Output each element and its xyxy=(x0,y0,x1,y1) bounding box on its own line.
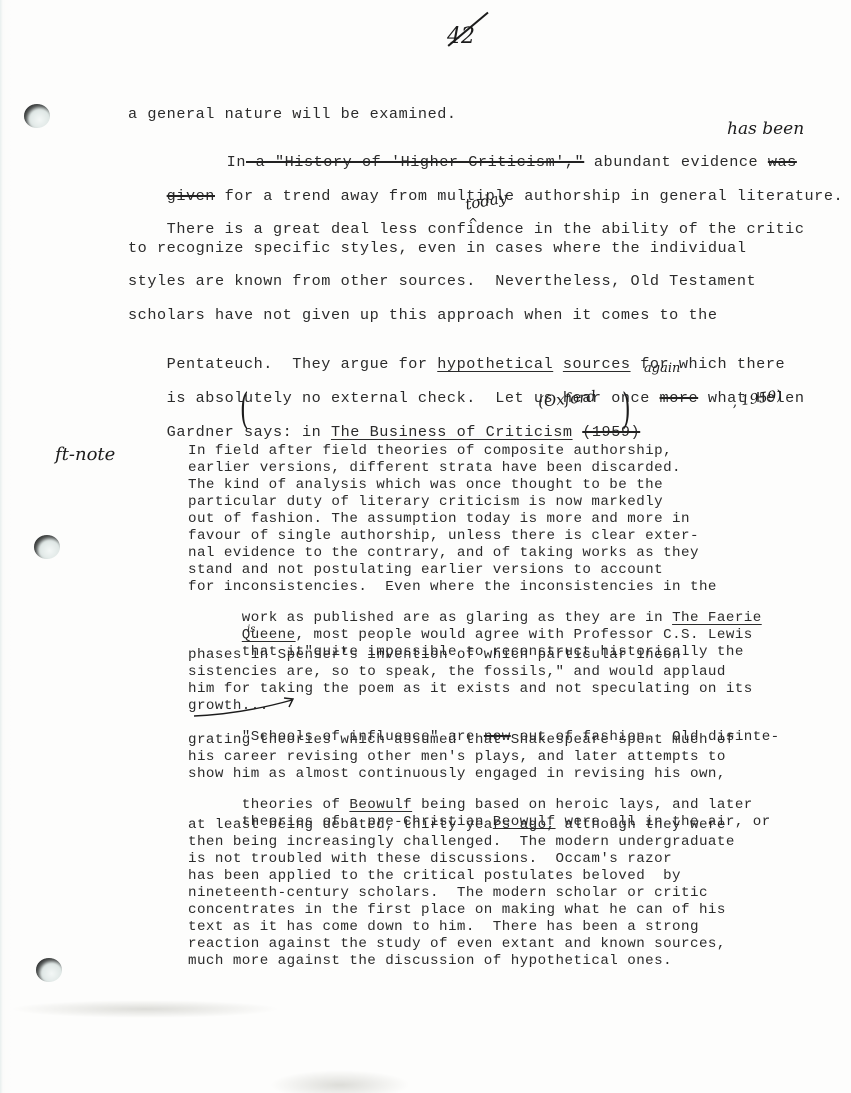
handwritten-close-paren: ) xyxy=(622,387,631,435)
quote-line: text as it has come down to him. There h… xyxy=(188,920,699,934)
body-line-1: a general nature will be examined. xyxy=(128,107,457,122)
quote-line: his career revising other men's plays, a… xyxy=(188,750,726,764)
text: There is a great deal less confidence xyxy=(167,220,534,238)
quote-line: earlier versions, different strata have … xyxy=(188,461,681,475)
quote-line: has been applied to the critical postula… xyxy=(188,869,681,883)
underlined-text: sources xyxy=(563,355,631,373)
quote-line: In field after field theories of composi… xyxy=(188,444,672,458)
quote-line: grating theories which assumed that Shak… xyxy=(188,733,735,747)
typed-manuscript-page: 42 a general nature will be examined. In… xyxy=(0,0,851,1093)
book-title: The Business of Criticism xyxy=(331,423,573,441)
page-number-handwritten: 42 xyxy=(447,24,475,49)
quote-line: concentrates in the first place on makin… xyxy=(188,903,726,917)
handwritten-insert-has-been: has been xyxy=(727,119,804,139)
struck-text: more xyxy=(660,389,699,407)
quote-line: nal evidence to the contrary, and of tak… xyxy=(188,546,699,560)
handwritten-insert-is: is xyxy=(247,624,255,635)
quote-line: phases in Spenser's invention of which p… xyxy=(188,648,690,662)
handwritten-open-paren: ( xyxy=(240,387,249,435)
text: In xyxy=(227,153,246,171)
text xyxy=(573,423,583,441)
text: abundant evidence xyxy=(584,153,768,171)
paper-smudge xyxy=(10,1000,280,1018)
quote-line: is not troubled with these discussions. … xyxy=(188,852,672,866)
quote-line: for inconsistencies. Even where the inco… xyxy=(188,580,717,594)
text: Gardner says: in xyxy=(167,423,331,441)
struck-text: (1959) xyxy=(582,423,640,441)
struck-text: was xyxy=(768,153,797,171)
quote-line: then being increasingly challenged. The … xyxy=(188,835,735,849)
underlined-text: hypothetical xyxy=(437,355,553,373)
punch-hole-middle xyxy=(34,535,60,559)
punch-hole-top xyxy=(24,104,50,128)
quote-line: out of fashion. The assumption today is … xyxy=(188,512,690,526)
paper-smudge xyxy=(270,1070,410,1093)
text: Pentateuch. They argue for xyxy=(167,355,438,373)
quote-line: at least being debated, thirty years ago… xyxy=(188,818,726,832)
quote-line: The kind of analysis which was once thou… xyxy=(188,478,663,492)
quote-line: stand and not postulating earlier versio… xyxy=(188,563,663,577)
quote-line: much more against the discussion of hypo… xyxy=(188,954,672,968)
quote-line: particular duty of literary criticism is… xyxy=(188,495,663,509)
body-line-5: to recognize specific styles, even in ca… xyxy=(128,241,747,256)
struck-text: a "History of 'Higher Criticism'," xyxy=(246,153,584,171)
body-line-6: styles are known from other sources. Nev… xyxy=(128,274,756,289)
quote-line: sistencies are, so to speak, the fossils… xyxy=(188,665,726,679)
text: in the ability of the critic xyxy=(534,220,805,238)
punch-hole-bottom xyxy=(36,958,62,982)
struck-text: given xyxy=(167,187,215,205)
quote-line: reaction against the study of even extan… xyxy=(188,937,726,951)
handwritten-insert-again: again xyxy=(644,361,680,376)
quote-line: favour of single authorship, unless ther… xyxy=(188,529,699,543)
quote-line: show him as almost continuously engaged … xyxy=(188,767,726,781)
quote-line: nineteenth-century scholars. The modern … xyxy=(188,886,708,900)
text: for a trend away from multiple authorshi… xyxy=(215,187,843,205)
insertion-caret: ^ xyxy=(468,216,478,230)
margin-note-footnote: ft-note xyxy=(55,444,115,465)
body-line-7: scholars have not given up this approach… xyxy=(128,308,718,323)
text xyxy=(553,355,563,373)
